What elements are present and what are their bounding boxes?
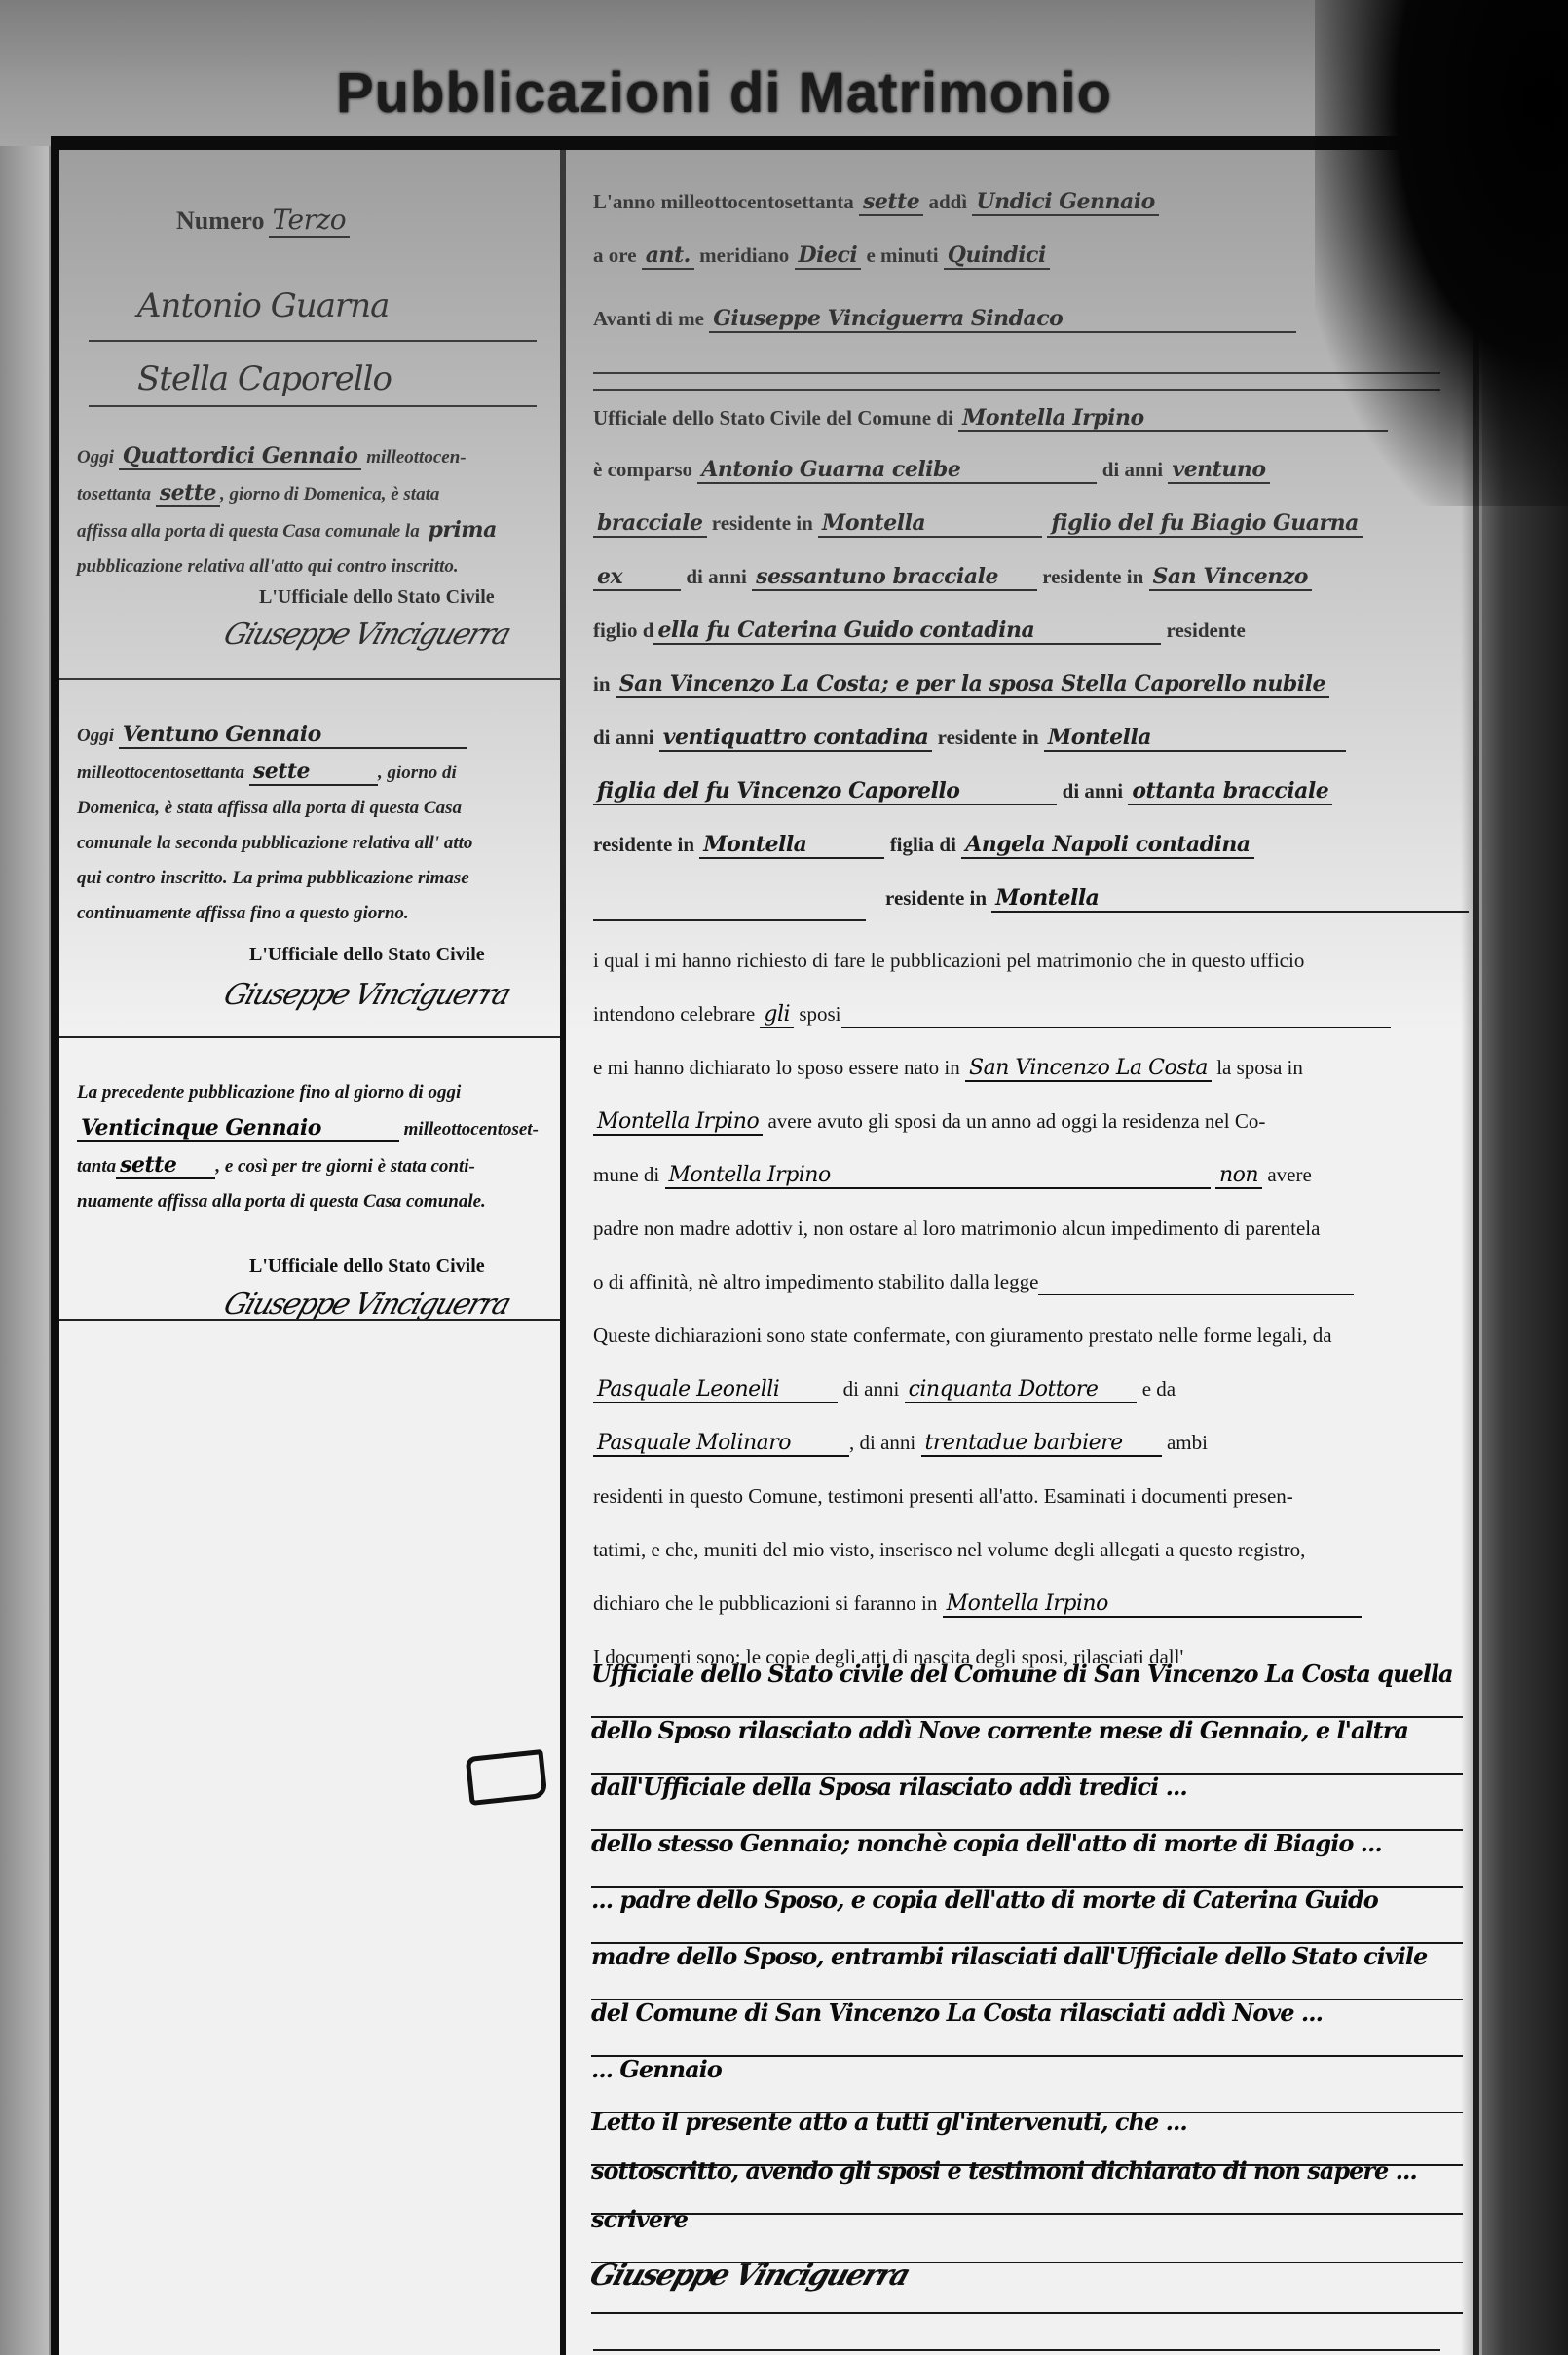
left-column-publications: Numero Terzo Antonio Guarna Stella Capor… bbox=[59, 150, 566, 2355]
act-line-celebrate: intendono celebrare gli sposi bbox=[593, 1002, 1465, 1027]
numero-row: Numero Terzo bbox=[176, 204, 350, 236]
official-label-3: L'Ufficiale dello Stato Civile bbox=[249, 1255, 485, 1278]
text: intendono celebrare bbox=[593, 1002, 755, 1026]
handwritten-line: Ufficiale dello Stato civile del Comune … bbox=[591, 1660, 1463, 1718]
hand: Montella Irpino bbox=[943, 1591, 1362, 1618]
text: La precedente pubblicazione fino al gior… bbox=[77, 1075, 548, 1110]
text: , e così per tre giorni è stata conti- bbox=[215, 1156, 475, 1177]
rule bbox=[593, 919, 866, 921]
scan-dark-corner bbox=[1315, 0, 1568, 506]
spouse-name-2: Stella Caporello bbox=[137, 359, 392, 398]
act-line-bride-father: figlia del fu Vincenzo Caporello di anni… bbox=[593, 778, 1465, 804]
signature-text: Giuseppe Vinciguerra bbox=[219, 617, 513, 652]
text: tanta bbox=[77, 1156, 116, 1177]
hand: non bbox=[1215, 1163, 1262, 1189]
text: residente in bbox=[1042, 565, 1143, 588]
rule bbox=[593, 372, 1440, 374]
hand: Angela Napoli contadina bbox=[961, 832, 1253, 859]
hand: trentadue barbiere bbox=[921, 1431, 1162, 1457]
act-line-bride-age: di anni ventiquattro contadina residente… bbox=[593, 725, 1465, 750]
rule bbox=[593, 2349, 1440, 2351]
hand: Pasquale Leonelli bbox=[593, 1377, 838, 1403]
handwritten-line: scrivere bbox=[591, 2205, 1463, 2263]
text: nuamente affissa alla porta di questa Ca… bbox=[77, 1184, 548, 1219]
paper-clip-mark bbox=[466, 1749, 548, 1806]
text: comunale la seconda pubblicazione relati… bbox=[77, 826, 548, 861]
hand: San Vincenzo bbox=[1149, 564, 1312, 591]
hand: bracciale bbox=[593, 510, 707, 538]
act-line-affinity: o di affinità, nè altro impedimento stab… bbox=[593, 1270, 1465, 1294]
section-divider-3 bbox=[59, 1319, 560, 1321]
text: e minuti bbox=[866, 243, 938, 267]
handwritten-line: del Comune di San Vincenzo La Costa rila… bbox=[591, 1999, 1463, 2057]
act-line-request: i qual i mi hanno richiesto di fare le p… bbox=[593, 949, 1465, 973]
hand: ella fu Caterina Guido contadina bbox=[653, 617, 1161, 645]
act-signature-line: Giuseppe Vinciguerra bbox=[591, 2259, 1463, 2314]
spouse-name-1: Antonio Guarna bbox=[137, 286, 389, 325]
hand: San Vincenzo La Costa bbox=[965, 1056, 1212, 1082]
hand: ventiquattro contadina bbox=[659, 725, 933, 752]
first-pub-year: sette bbox=[156, 480, 220, 507]
text: residente in bbox=[938, 726, 1039, 749]
first-pub-date: Quattordici Gennaio bbox=[119, 443, 362, 470]
act-line-groom-res: bracciale residente in Montella figlio d… bbox=[593, 510, 1465, 536]
document-title: Pubblicazioni di Matrimonio bbox=[336, 60, 1112, 126]
text: milleottocentosettanta bbox=[77, 763, 244, 783]
act-line-bride: in San Vincenzo La Costa; e per la sposa… bbox=[593, 671, 1465, 696]
hand: ex bbox=[593, 564, 681, 591]
text: , di anni bbox=[849, 1431, 915, 1454]
hand: Montella bbox=[818, 510, 1042, 538]
text: avere avuto gli sposi da un anno ad oggi… bbox=[767, 1109, 1265, 1133]
signature-text: Giuseppe Vinciguerra bbox=[219, 978, 513, 1012]
text: di anni bbox=[686, 565, 746, 588]
text: e da bbox=[1142, 1377, 1176, 1401]
hand: Giuseppe Vinciguerra Sindaco bbox=[709, 306, 1296, 333]
text: mune di bbox=[593, 1163, 659, 1186]
handwritten-line: ... padre dello Sposo, e copia dell'atto… bbox=[591, 1886, 1463, 1944]
handwritten-line: ... Gennaio bbox=[591, 2055, 1463, 2113]
official-signature-2: Giuseppe Vinciguerra bbox=[225, 978, 508, 1012]
text: figlia di bbox=[890, 833, 956, 856]
act-line-bride-mother-res: residente in Montella bbox=[593, 885, 1465, 911]
oggi-label: Oggi bbox=[77, 447, 114, 467]
hand: figlia del fu Vincenzo Caporello bbox=[593, 778, 1057, 805]
official-label-2: L'Ufficiale dello Stato Civile bbox=[249, 944, 485, 966]
numero-label: Numero bbox=[176, 206, 265, 235]
blank-rule bbox=[1038, 1270, 1354, 1295]
text: milleottocen- bbox=[366, 447, 466, 467]
rule bbox=[593, 389, 1440, 391]
hand: ant. bbox=[642, 243, 694, 270]
text: dichiaro che le pubblicazioni si faranno… bbox=[593, 1591, 937, 1615]
hand: Montella Irpino bbox=[593, 1109, 763, 1136]
text: Avanti di me bbox=[593, 307, 704, 330]
closing-year: sette bbox=[116, 1152, 215, 1179]
text: residente bbox=[1167, 618, 1246, 642]
text: tosettanta bbox=[77, 484, 151, 505]
text: figlio d bbox=[593, 618, 653, 642]
text: meridiano bbox=[699, 243, 789, 267]
text: ambi bbox=[1167, 1431, 1208, 1454]
text: di anni bbox=[843, 1377, 900, 1401]
hand: figlio del fu Biagio Guarna bbox=[1047, 510, 1362, 538]
handwritten-line: dello stesso Gennaio; nonchè copia dell'… bbox=[591, 1829, 1463, 1888]
text: , giorno di bbox=[378, 763, 457, 783]
second-publication: Oggi Ventuno Gennaio milleottocentosetta… bbox=[77, 717, 548, 931]
act-line-comune-res: mune di Montella Irpino non avere bbox=[593, 1163, 1465, 1187]
text: affissa alla porta di questa Casa comuna… bbox=[77, 521, 420, 542]
act-line-groom-mother: figlio della fu Caterina Guido contadina… bbox=[593, 617, 1465, 643]
text: pubblicazione relativa all'atto qui cont… bbox=[77, 556, 459, 577]
closing-date: Venticinque Gennaio bbox=[77, 1115, 399, 1142]
hand: ventuno bbox=[1168, 457, 1269, 484]
signature-text: Giuseppe Vinciguerra bbox=[591, 2259, 914, 2293]
text: , giorno di Domenica, è stata bbox=[220, 484, 439, 505]
hand: Montella bbox=[699, 832, 884, 859]
text: o di affinità, nè altro impedimento stab… bbox=[593, 1270, 1038, 1293]
text: sposi bbox=[799, 1002, 840, 1026]
official-signature-3: Giuseppe Vinciguerra bbox=[225, 1288, 508, 1322]
official-label-1: L'Ufficiale dello Stato Civile bbox=[259, 586, 495, 609]
section-divider-1 bbox=[59, 678, 560, 680]
text: milleottocentoset- bbox=[404, 1119, 539, 1140]
text: di anni bbox=[1102, 458, 1163, 481]
text: a ore bbox=[593, 243, 637, 267]
scan-left-margin bbox=[0, 0, 49, 2355]
hand: gli bbox=[760, 1002, 794, 1028]
act-line-witness-1: Pasquale Leonelli di anni cinquanta Dott… bbox=[593, 1377, 1465, 1402]
act-line-registry: tatimi, e che, muniti del mio visto, ins… bbox=[593, 1538, 1465, 1562]
text: residente in bbox=[885, 886, 987, 910]
hand: sessantuno bracciale bbox=[752, 564, 1037, 591]
ordinal-hand: prima bbox=[424, 517, 500, 542]
text: è comparso bbox=[593, 458, 692, 481]
text: Ufficiale dello Stato Civile del Comune … bbox=[593, 406, 953, 430]
blank-rule bbox=[841, 1002, 1391, 1028]
hand: Montella Irpino bbox=[665, 1163, 1211, 1189]
second-pub-year: sette bbox=[249, 759, 378, 786]
act-line-residence: Montella Irpino avere avuto gli sposi da… bbox=[593, 1109, 1465, 1134]
hand: Quindici bbox=[944, 243, 1050, 270]
text: residente in bbox=[712, 511, 813, 535]
handwritten-line: madre dello Sposo, entrambi rilasciati d… bbox=[591, 1942, 1463, 2000]
name-rule-1 bbox=[89, 340, 537, 342]
name-rule-2 bbox=[89, 405, 537, 407]
text: in bbox=[593, 672, 611, 695]
text: continuamente affissa fino a questo gior… bbox=[77, 896, 548, 931]
text: L'anno milleottocentosettanta bbox=[593, 190, 854, 213]
oggi-label: Oggi bbox=[77, 726, 114, 746]
text: avere bbox=[1267, 1163, 1311, 1186]
section-divider-2 bbox=[59, 1036, 560, 1038]
act-line-residents: residenti in questo Comune, testimoni pr… bbox=[593, 1484, 1465, 1509]
register-page: Numero Terzo Antonio Guarna Stella Capor… bbox=[51, 136, 1482, 2355]
act-line-birthplace: e mi hanno dichiarato lo sposo essere na… bbox=[593, 1056, 1465, 1080]
handwritten-line: dello Sposo rilasciato addì Nove corrent… bbox=[591, 1716, 1463, 1775]
hand: Montella bbox=[991, 885, 1469, 913]
act-line-impediment: padre non madre adottiv i, non ostare al… bbox=[593, 1216, 1465, 1241]
hand: sette bbox=[859, 189, 923, 216]
text: di anni bbox=[1063, 779, 1123, 803]
hand: cinquanta Dottore bbox=[905, 1377, 1138, 1403]
text: qui contro inscritto. La prima pubblicaz… bbox=[77, 861, 548, 896]
hand: Dieci bbox=[795, 243, 862, 270]
text: Domenica, è stata affissa alla porta di … bbox=[77, 791, 548, 826]
act-line-bride-mother: residente in Montella figlia di Angela N… bbox=[593, 832, 1465, 857]
act-line-groom-father: ex di anni sessantuno bracciale resident… bbox=[593, 564, 1465, 589]
second-pub-date: Ventuno Gennaio bbox=[119, 722, 467, 749]
signature-text: Giuseppe Vinciguerra bbox=[219, 1288, 513, 1322]
hand: San Vincenzo La Costa; e per la sposa St… bbox=[616, 671, 1329, 698]
numero-value: Terzo bbox=[269, 204, 351, 238]
hand: Antonio Guarna celibe bbox=[697, 457, 1097, 484]
text: residente in bbox=[593, 833, 694, 856]
text: di anni bbox=[593, 726, 653, 749]
text: addì bbox=[928, 190, 967, 213]
act-line-confirmed: Queste dichiarazioni sono state conferma… bbox=[593, 1324, 1465, 1348]
text: e mi hanno dichiarato lo sposo essere na… bbox=[593, 1056, 960, 1079]
first-publication: Oggi Quattordici Gennaio milleottocen- t… bbox=[77, 438, 548, 584]
handwritten-line: dall'Ufficiale della Sposa rilasciato ad… bbox=[591, 1773, 1463, 1831]
official-signature-1: Giuseppe Vinciguerra bbox=[225, 617, 508, 652]
hand: Undici Gennaio bbox=[972, 189, 1158, 216]
act-line-publish-place: dichiaro che le pubblicazioni si faranno… bbox=[593, 1591, 1465, 1616]
closing-statement: La precedente pubblicazione fino al gior… bbox=[77, 1075, 548, 1219]
act-line-witness-2: Pasquale Molinaro, di anni trentadue bar… bbox=[593, 1431, 1465, 1455]
hand: Pasquale Molinaro bbox=[593, 1431, 849, 1457]
text: la sposa in bbox=[1216, 1056, 1303, 1079]
hand: ottanta bracciale bbox=[1128, 778, 1332, 805]
hand: Montella bbox=[1044, 725, 1346, 752]
